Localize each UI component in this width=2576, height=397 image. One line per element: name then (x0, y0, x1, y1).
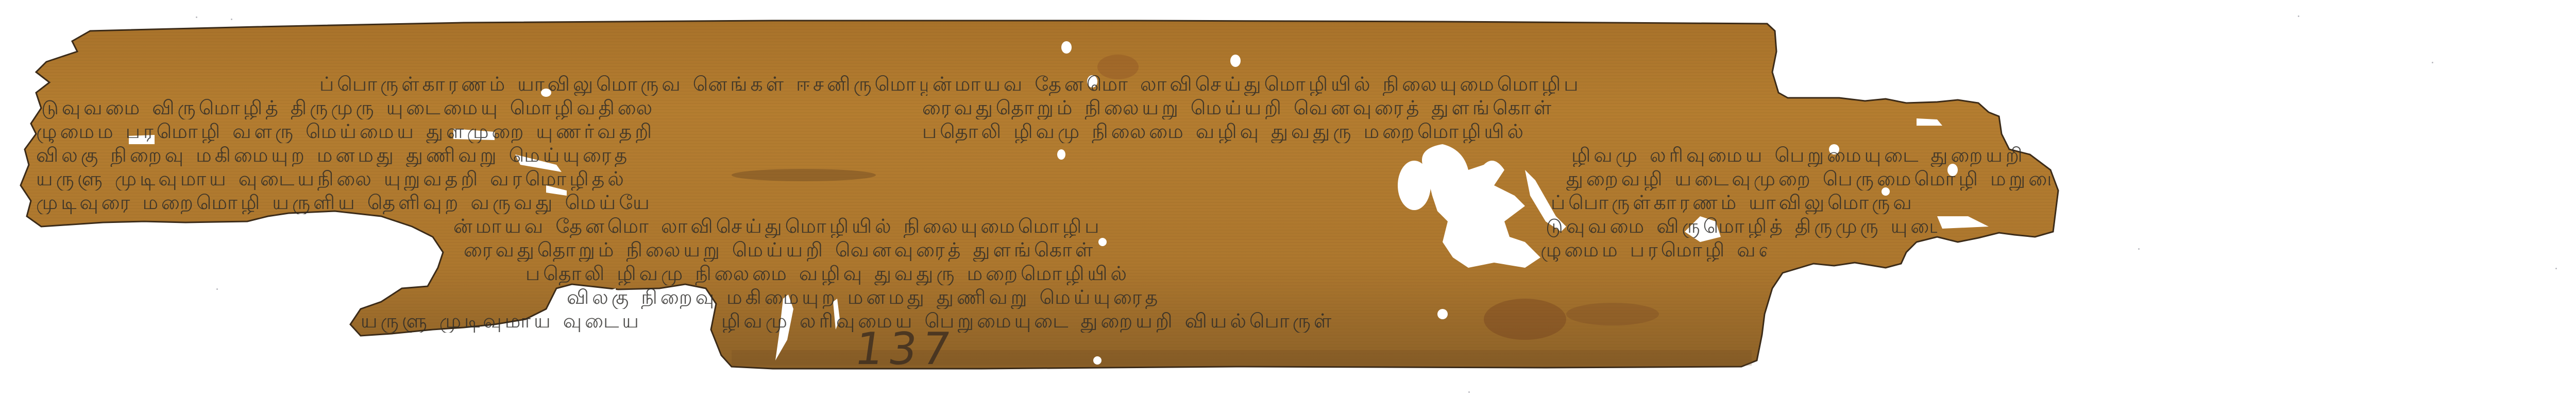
folio-number: 137 (852, 323, 959, 375)
palm-leaf (0, 0, 2576, 397)
scanned-page: ப்பொருள்காரணம் யாவிலுமொருவ னெங்கள் ஈசனிர… (0, 0, 2576, 397)
